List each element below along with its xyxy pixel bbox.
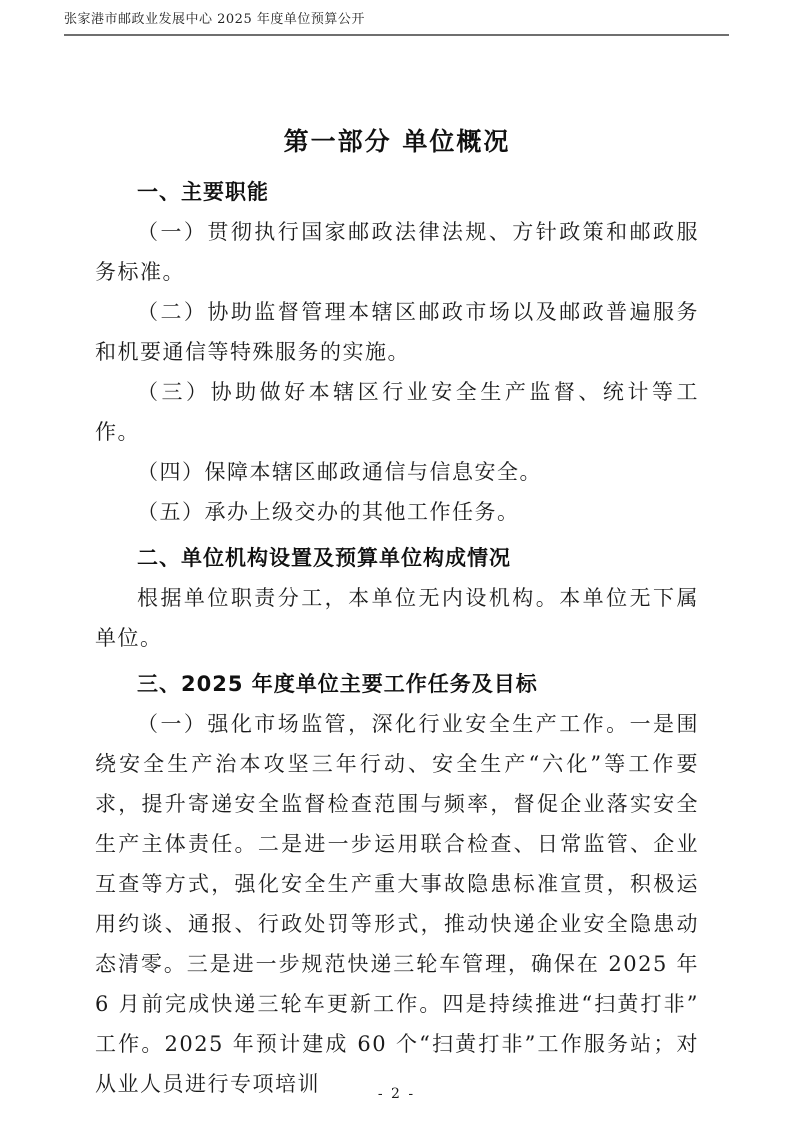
paragraph: （三）协助做好本辖区行业安全生产监督、统计等工作。: [95, 372, 699, 452]
document-page: 张家港市邮政业发展中心 2025 年度单位预算公开 第一部分 单位概况 一、主要…: [0, 0, 793, 1122]
header-title: 张家港市邮政业发展中心 2025 年度单位预算公开: [64, 8, 729, 36]
page-footer: - 2 -: [0, 1083, 793, 1102]
paragraph: （一）强化市场监管，深化行业安全生产工作。一是围绕安全生产治本攻坚三年行动、安全…: [95, 704, 699, 1104]
section-heading: 二、单位机构设置及预算单位构成情况: [95, 538, 699, 578]
paragraph: （五）承办上级交办的其他工作任务。: [95, 492, 699, 532]
paragraph: （四）保障本辖区邮政通信与信息安全。: [95, 452, 699, 492]
document-title: 第一部分 单位概况: [95, 120, 699, 164]
page-header: 张家港市邮政业发展中心 2025 年度单位预算公开: [64, 8, 729, 36]
section-main-functions: 一、主要职能 （一）贯彻执行国家邮政法律法规、方针政策和邮政服务标准。 （二）协…: [95, 172, 699, 532]
section-heading: 一、主要职能: [95, 172, 699, 212]
paragraph: （二）协助监督管理本辖区邮政市场以及邮政普遍服务和机要通信等特殊服务的实施。: [95, 292, 699, 372]
paragraph: （一）贯彻执行国家邮政法律法规、方针政策和邮政服务标准。: [95, 212, 699, 292]
section-tasks-goals: 三、2025 年度单位主要工作任务及目标 （一）强化市场监管，深化行业安全生产工…: [95, 664, 699, 1104]
document-content: 第一部分 单位概况 一、主要职能 （一）贯彻执行国家邮政法律法规、方针政策和邮政…: [95, 120, 699, 1104]
section-org-structure: 二、单位机构设置及预算单位构成情况 根据单位职责分工，本单位无内设机构。本单位无…: [95, 538, 699, 658]
paragraph: 根据单位职责分工，本单位无内设机构。本单位无下属单位。: [95, 578, 699, 658]
section-heading: 三、2025 年度单位主要工作任务及目标: [95, 664, 699, 704]
page-number: - 2 -: [378, 1086, 415, 1102]
